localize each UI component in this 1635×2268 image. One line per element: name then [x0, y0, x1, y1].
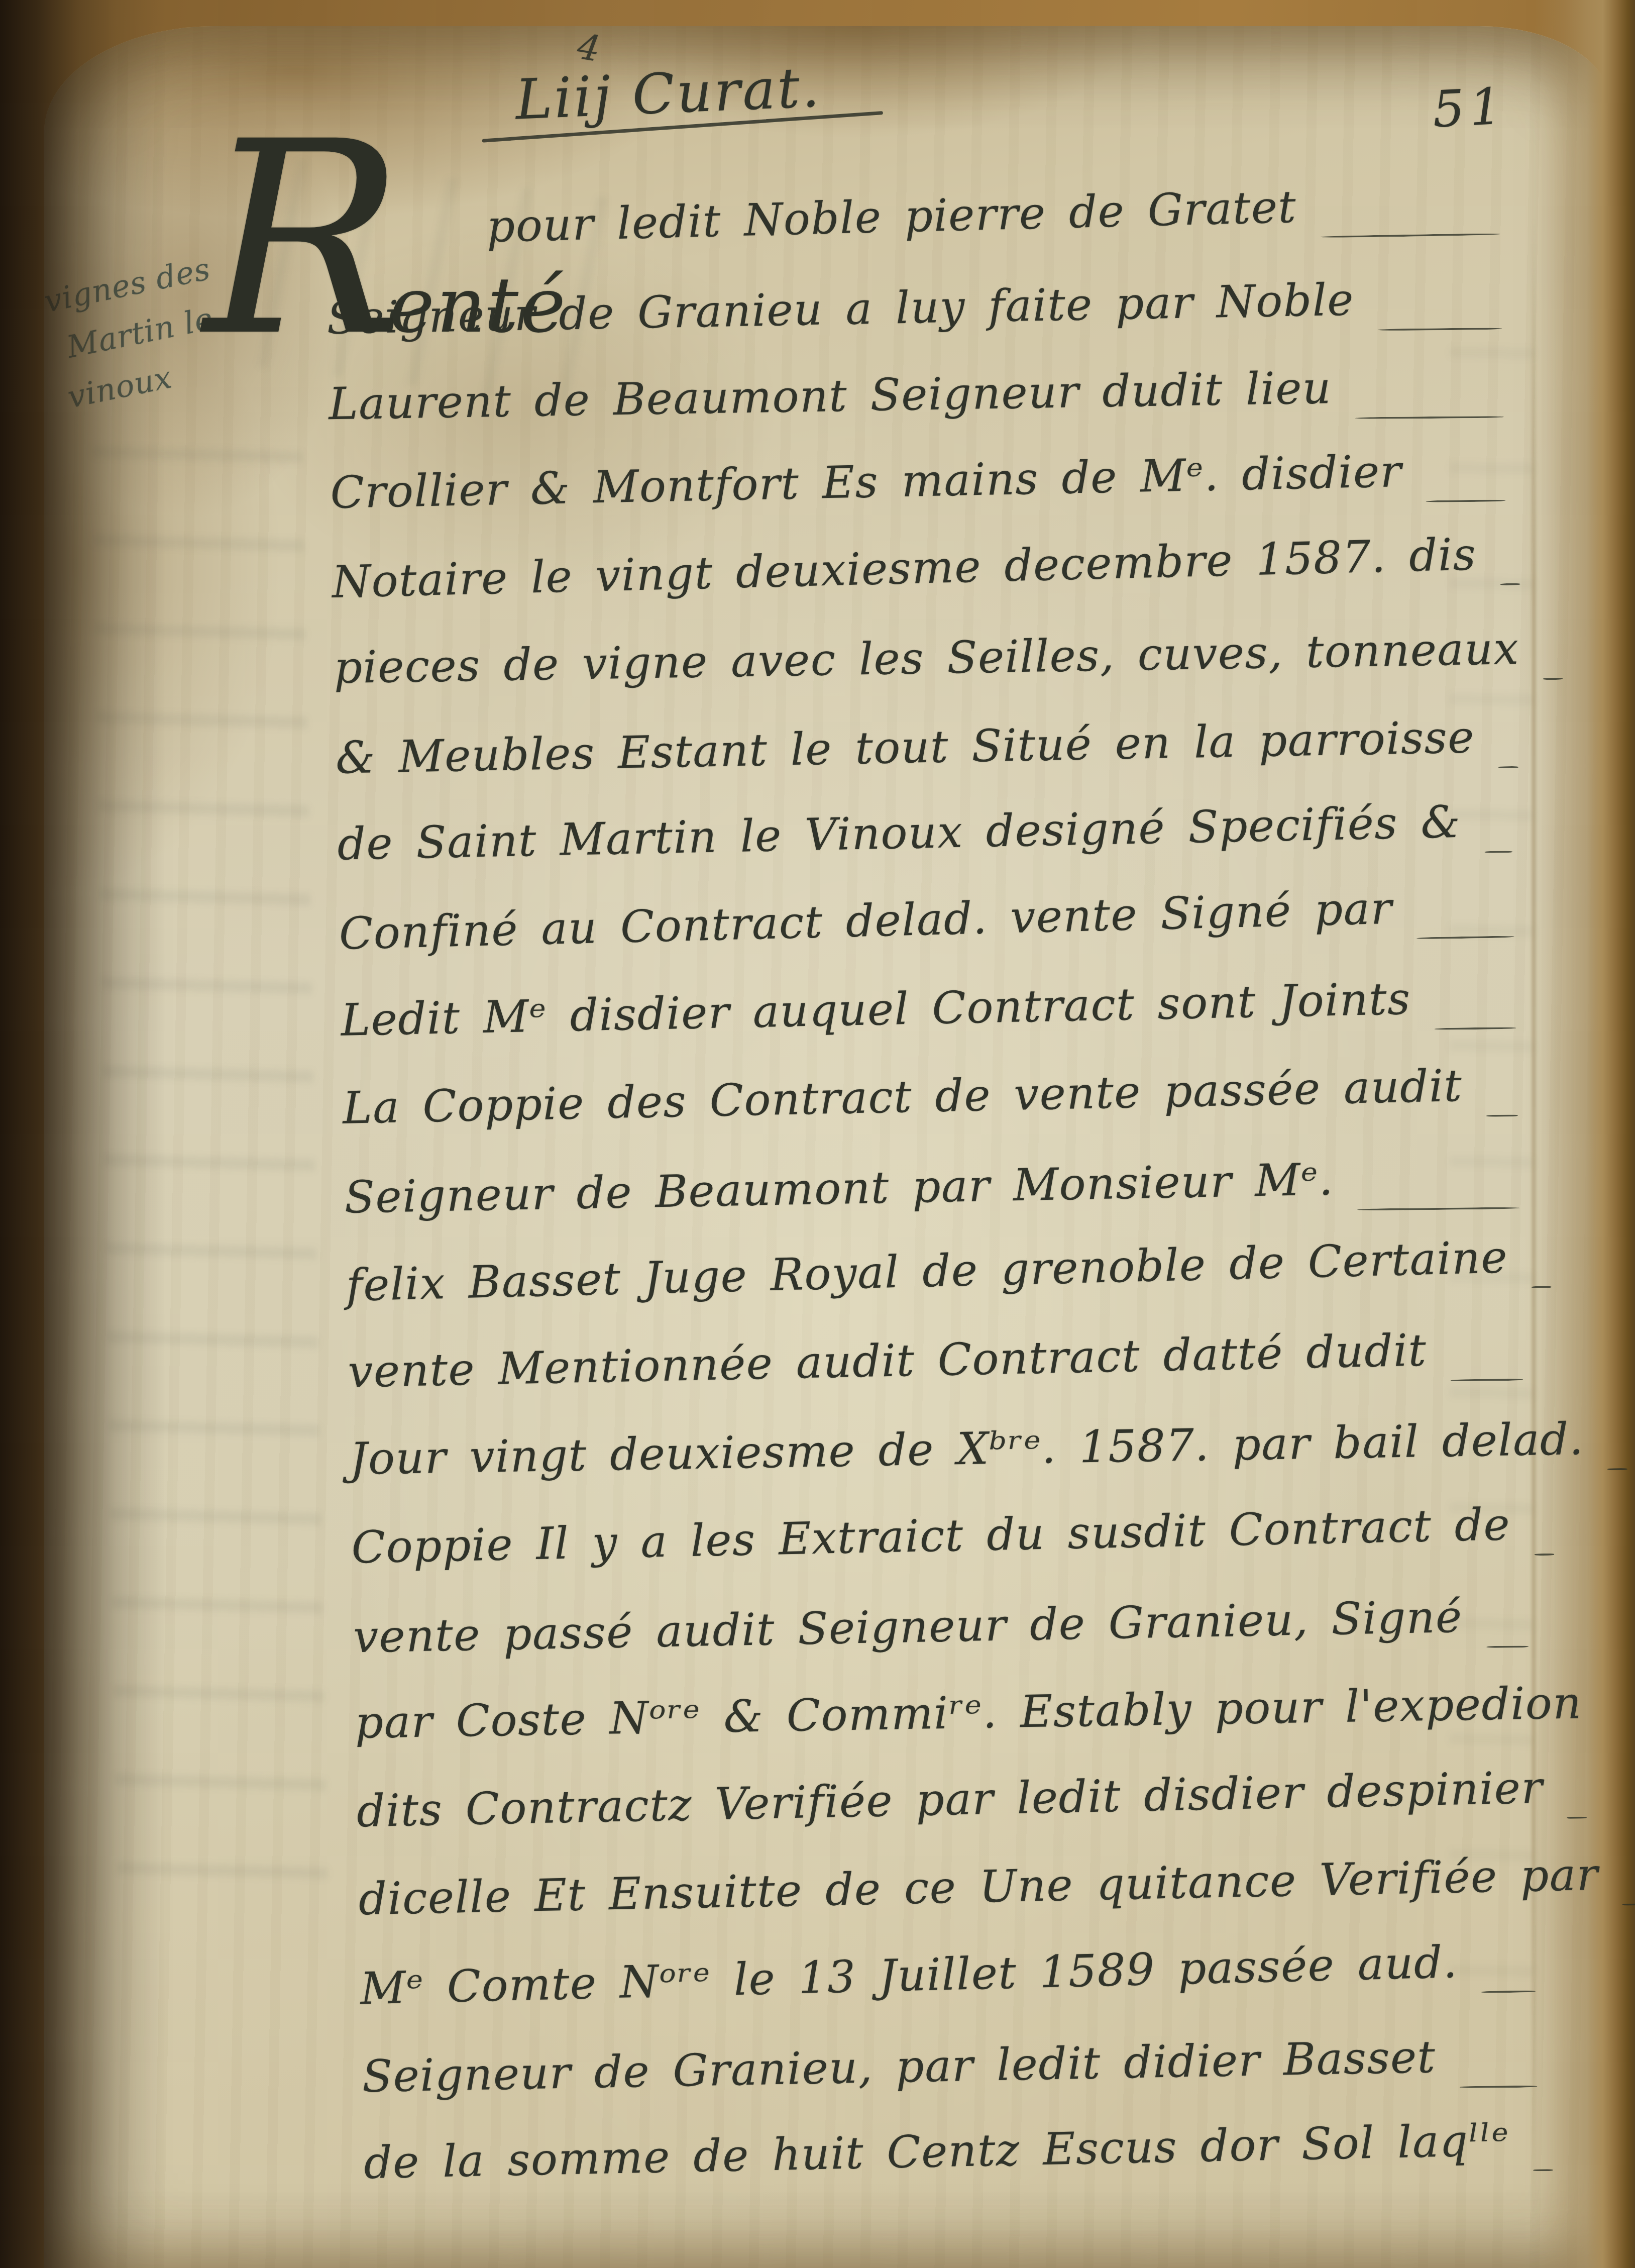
book-photo: 4 Liij Curat. 51 vignes desMartin levino…: [0, 0, 1635, 2268]
manuscript-text-block: pour ledit Noble pierre de Gratet Seigne…: [324, 179, 1554, 2225]
line-filler-dash: [1486, 1645, 1529, 1648]
line-filler-dash: [1426, 499, 1505, 502]
top-margin-mark: 4: [575, 26, 603, 70]
line-filler-dash: [1484, 851, 1512, 853]
book-gutter-shadow: [0, 0, 166, 2268]
line-filler-dash: [1498, 766, 1518, 768]
line-filler-dash: [1460, 2086, 1538, 2089]
line-filler-dash: [1622, 1903, 1635, 1905]
line-filler-dash: [1481, 1990, 1536, 1993]
line-filler-dash: [1357, 1207, 1520, 1210]
line-filler-dash: [1500, 583, 1520, 586]
line-filler-dash: [1451, 1379, 1523, 1382]
ornate-initial-letter: R: [204, 84, 404, 394]
initial-word-rest: enté: [389, 261, 568, 350]
line-filler-dash: [1533, 2169, 1553, 2171]
line-filler-dash: [1378, 328, 1502, 331]
manuscript-page: 4 Liij Curat. 51 vignes desMartin levino…: [44, 26, 1610, 2268]
line-filler-dash: [1321, 233, 1500, 238]
line-filler-dash: [1435, 1027, 1516, 1030]
ornate-initial-word: Renté: [204, 107, 568, 373]
folio-number: 51: [1431, 76, 1508, 139]
line-filler-dash: [1543, 678, 1563, 680]
line-filler-dash: [1416, 936, 1514, 939]
line-filler-dash: [1607, 1468, 1627, 1470]
line-filler-dash: [1355, 416, 1504, 419]
handwritten-text: pour ledit Noble pierre de Gratet: [486, 181, 1297, 252]
line-filler-dash: [1486, 1114, 1518, 1117]
page-right-edge: [1535, 0, 1635, 2268]
